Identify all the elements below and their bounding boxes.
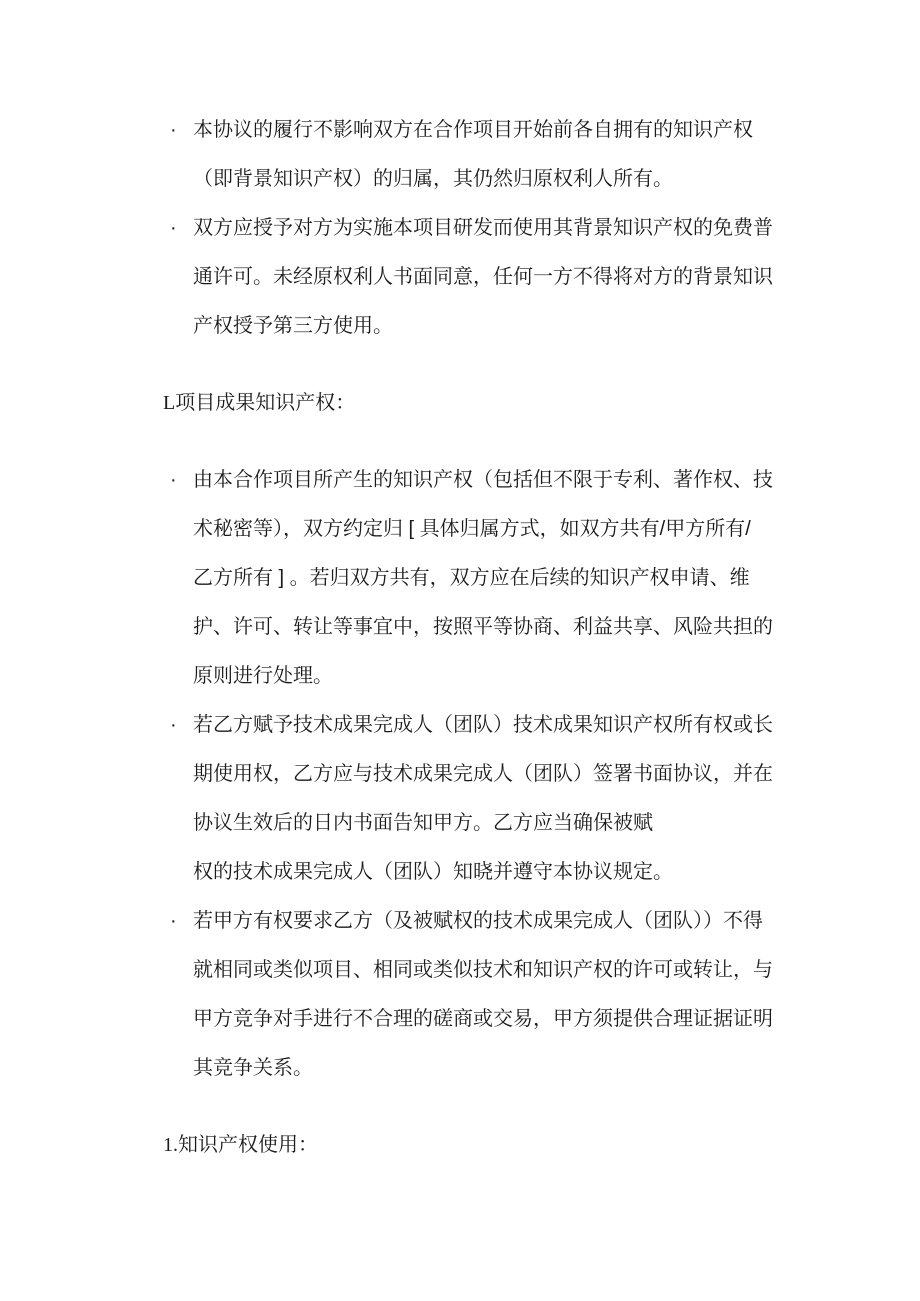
heading-prefix: L [163, 392, 175, 414]
text-line: 原则进行处理。 [193, 652, 803, 701]
item-text: 双方应授予对方为实施本项目研发而使用其背景知识产权的免费普通许可。未经原权利人书… [193, 204, 803, 351]
item-text: 由本合作项目所产生的知识产权（包括但不限于专利、著作权、技术秘密等），双方约定归… [193, 456, 803, 701]
item-text: 本协议的履行不影响双方在合作项目开始前各自拥有的知识产权（即背景知识产权）的归属… [193, 106, 803, 204]
bullet-icon: · [170, 106, 177, 155]
list-item: ·由本合作项目所产生的知识产权（包括但不限于专利、著作权、技术秘密等），双方约定… [163, 456, 803, 701]
heading-prefix: 1. [163, 1134, 178, 1156]
bullet-icon: · [170, 204, 177, 253]
document-page: ·本协议的履行不影响双方在合作项目开始前各自拥有的知识产权（即背景知识产权）的归… [0, 0, 920, 1301]
text-line: 由本合作项目所产生的知识产权（包括但不限于专利、著作权、技 [193, 456, 803, 505]
text-line: 产权授予第三方使用。 [193, 302, 803, 351]
text-line: 期使用权，乙方应与技术成果完成人（团队）签署书面协议，并在 [193, 750, 803, 799]
heading-text: 项目成果知识产权： [175, 392, 355, 414]
text-line: 通许可。未经原权利人书面同意，任何一方不得将对方的背景知识 [193, 253, 803, 302]
heading-text: 知识产权使用： [178, 1134, 318, 1156]
list-item: ·双方应授予对方为实施本项目研发而使用其背景知识产权的免费普通许可。未经原权利人… [163, 204, 803, 351]
text-line: 协议生效后的日内书面告知甲方。乙方应当确保被赋 [193, 799, 803, 848]
list-item: ·若乙方赋予技术成果完成人（团队）技术成果知识产权所有权或长期使用权，乙方应与技… [163, 701, 803, 897]
section-heading: 1.知识产权使用： [163, 1121, 803, 1170]
text-line: 乙方所有 ] 。若归双方共有，双方应在后续的知识产权申请、维 [193, 554, 803, 603]
bullet-icon: · [170, 701, 177, 750]
text-line: 就相同或类似项目、相同或类似技术和知识产权的许可或转让，与 [193, 946, 803, 995]
bullet-icon: · [170, 897, 177, 946]
text-line: 权的技术成果完成人（团队）知晓并遵守本协议规定。 [193, 848, 803, 897]
text-line: 其竞争关系。 [193, 1044, 803, 1093]
text-line: 本协议的履行不影响双方在合作项目开始前各自拥有的知识产权 [193, 106, 803, 155]
section-heading: L项目成果知识产权： [163, 379, 803, 428]
text-line: （即背景知识产权）的归属，其仍然归原权利人所有。 [193, 155, 803, 204]
text-line: 若乙方赋予技术成果完成人（团队）技术成果知识产权所有权或长 [193, 701, 803, 750]
list-item: ·本协议的履行不影响双方在合作项目开始前各自拥有的知识产权（即背景知识产权）的归… [163, 106, 803, 204]
text-line: 护、许可、转让等事宜中，按照平等协商、利益共享、风险共担的 [193, 603, 803, 652]
text-line: 双方应授予对方为实施本项目研发而使用其背景知识产权的免费普 [193, 204, 803, 253]
item-text: 若乙方赋予技术成果完成人（团队）技术成果知识产权所有权或长期使用权，乙方应与技术… [193, 701, 803, 897]
bullet-icon: · [170, 456, 177, 505]
list-item: ·若甲方有权要求乙方（及被赋权的技术成果完成人（团队））不得就相同或类似项目、相… [163, 897, 803, 1093]
text-line: 若甲方有权要求乙方（及被赋权的技术成果完成人（团队））不得 [193, 897, 803, 946]
text-line: 甲方竞争对手进行不合理的磋商或交易，甲方须提供合理证据证明 [193, 995, 803, 1044]
item-text: 若甲方有权要求乙方（及被赋权的技术成果完成人（团队））不得就相同或类似项目、相同… [193, 897, 803, 1093]
document-body: ·本协议的履行不影响双方在合作项目开始前各自拥有的知识产权（即背景知识产权）的归… [163, 106, 803, 1198]
text-line: 术秘密等），双方约定归 [ 具体归属方式，如双方共有/甲方所有/ [193, 505, 803, 554]
